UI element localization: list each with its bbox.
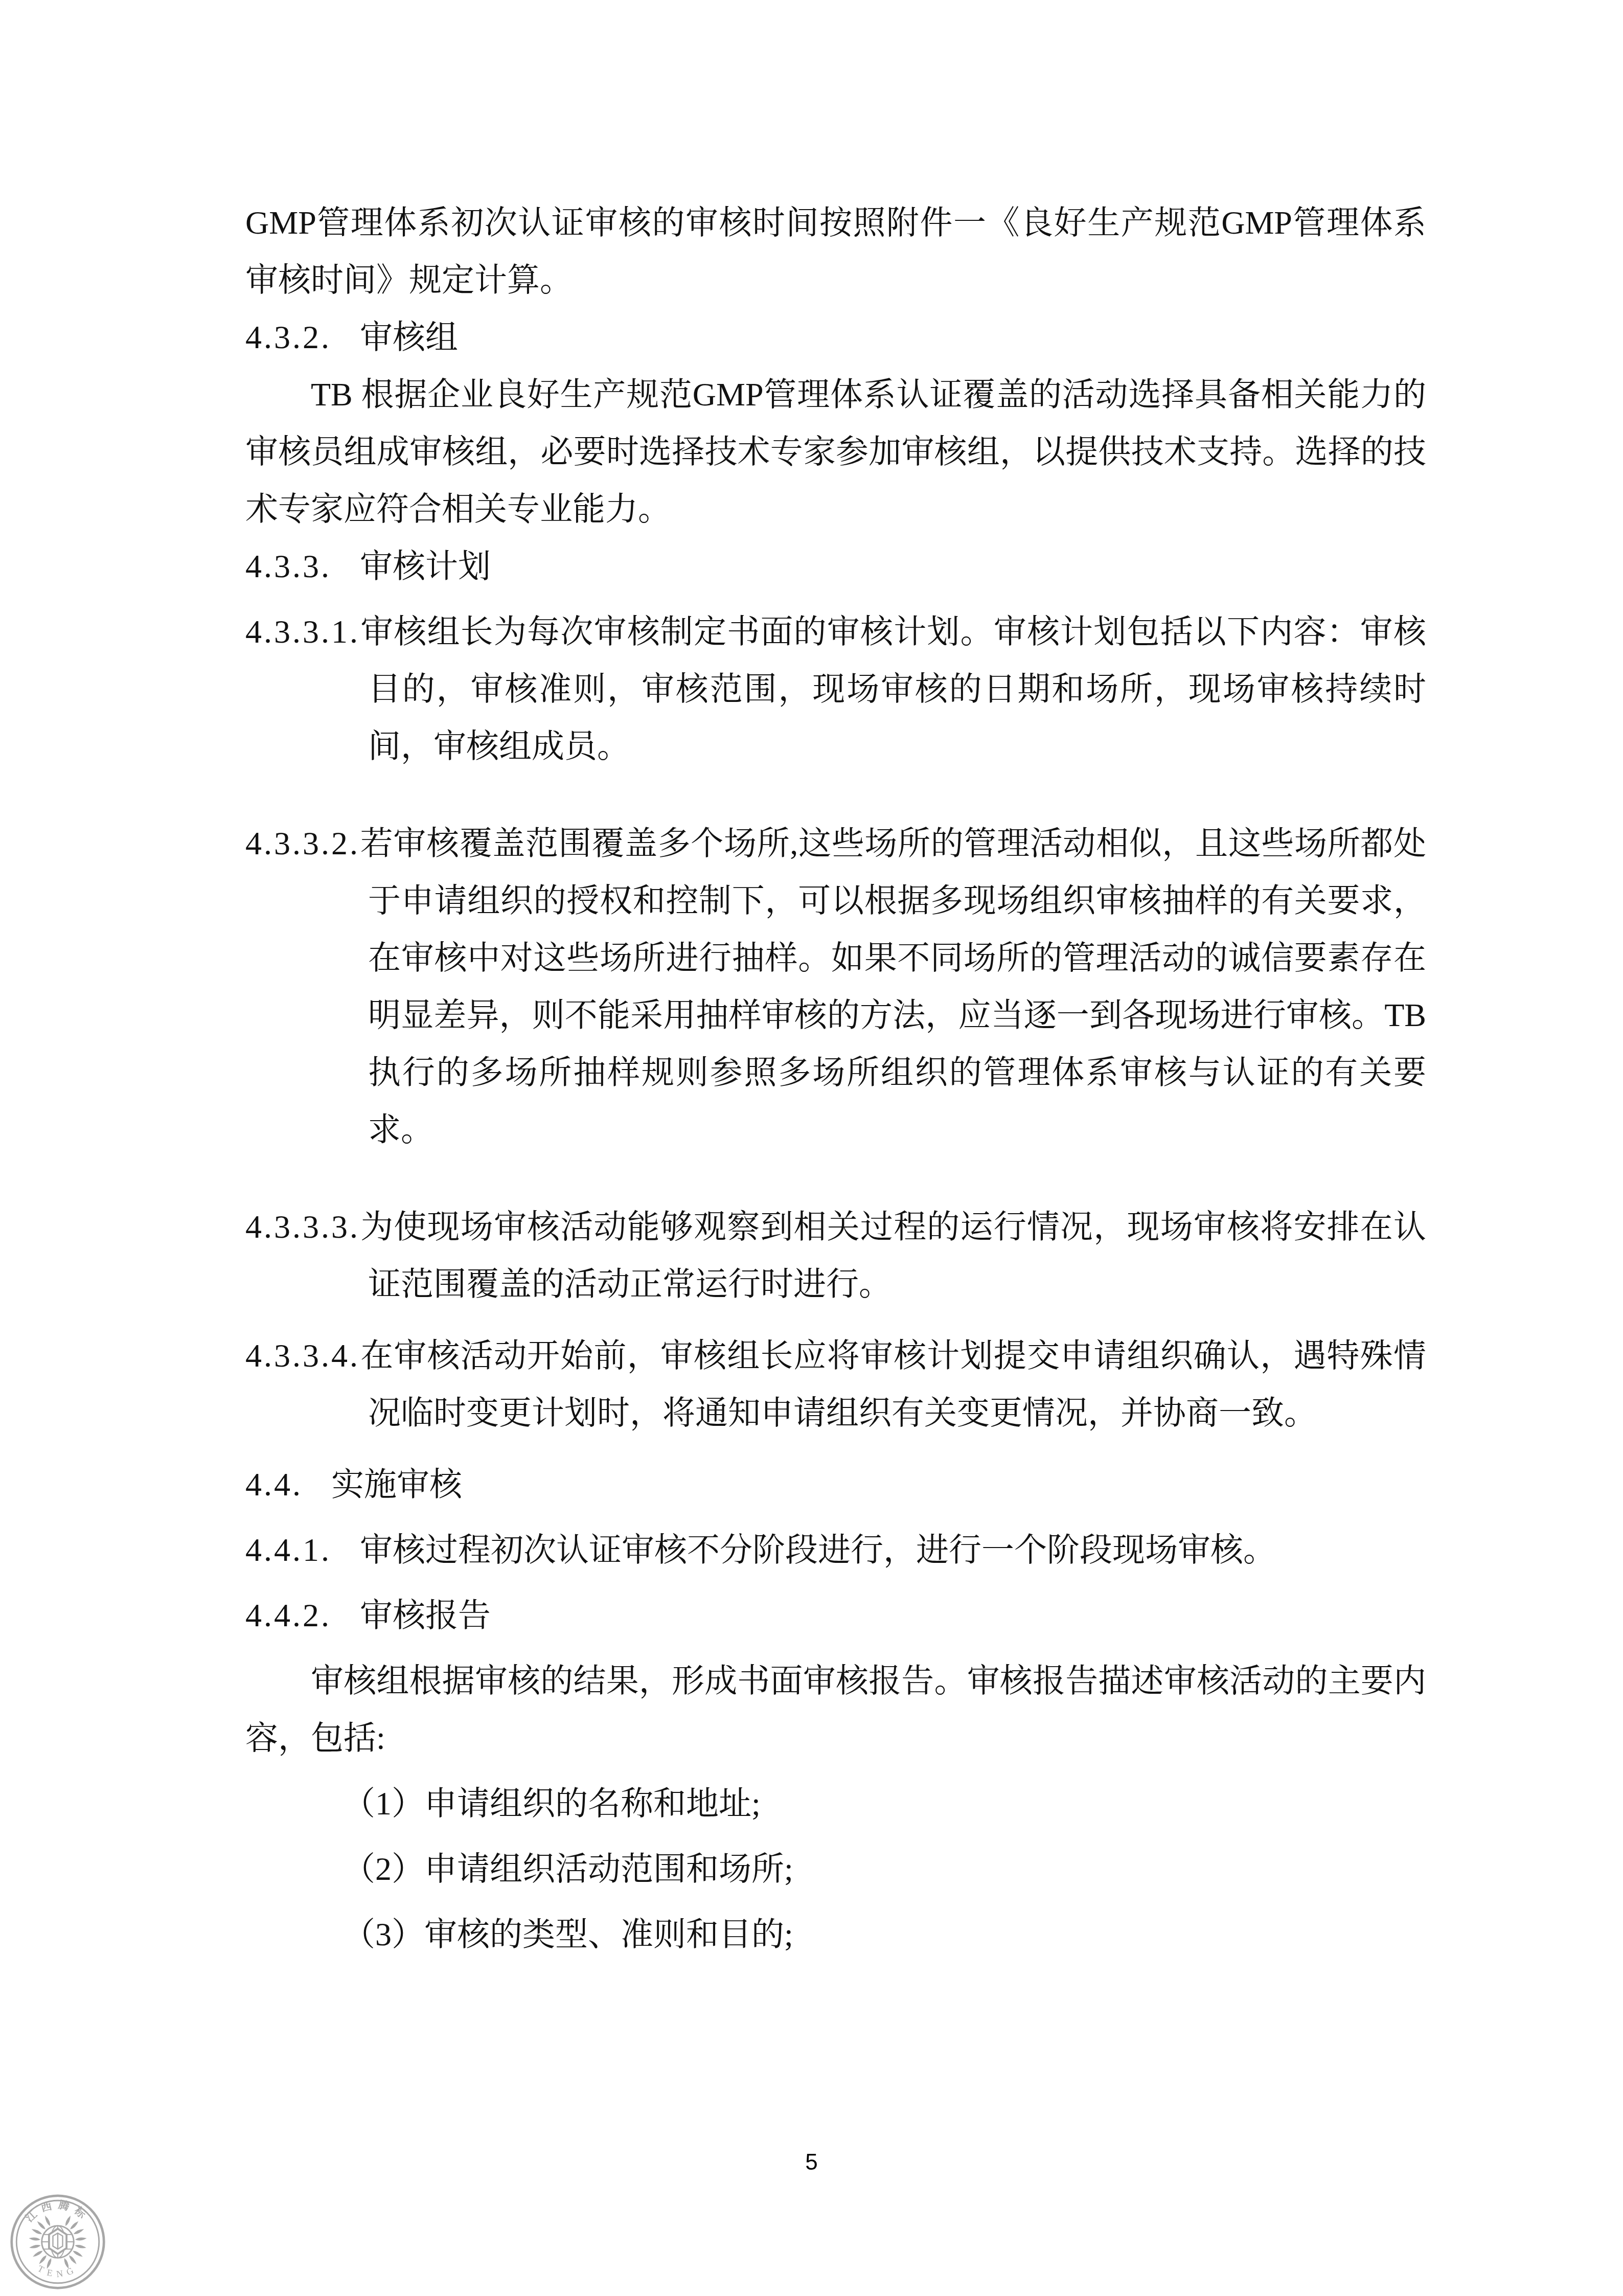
hexagon-emblem-icon [49,2229,66,2254]
clause-title: 审核报告 [360,1597,491,1633]
clause-text: 审核组长为每次审核制定书面的审核计划。审核计划包括以下内容：审核目的，审核准则，… [360,613,1426,764]
clause-number: 4.3.3.2. [245,825,360,861]
paragraph: 4.3.3.3.为使现场审核活动能够观察到相关过程的运行情况，现场审核将安排在认… [245,1198,1426,1313]
clause-heading: 4.4.实施审核 [245,1456,1426,1513]
seal-bottom-text-arc: TENG [36,2263,80,2279]
clause-number: 4.4. [245,1466,303,1503]
clause-number: 4.3.3.4. [245,1337,360,1374]
clause-title: 审核过程初次认证审核不分阶段进行，进行一个阶段现场审核。 [360,1532,1276,1568]
paragraph: 4.3.3.4.在审核活动开始前，审核组长应将审核计划提交申请组织确认，遇特殊情… [245,1327,1426,1442]
clause-text: 为使现场审核活动能够观察到相关过程的运行情况，现场审核将安排在认证范围覆盖的活动… [360,1209,1426,1302]
clause-number: 4.3.3.3. [245,1209,360,1245]
paragraph: 审核组根据审核的结果，形成书面审核报告。审核报告描述审核活动的主要内容，包括: [245,1652,1426,1767]
clause-heading: 4.3.3.审核计划 [245,538,1426,595]
paragraph: （1）申请组织的名称和地址; [245,1775,1426,1832]
clause-title: 审核组 [360,319,458,355]
clause-text: 若审核覆盖范围覆盖多个场所,这些场所的管理活动相似，且这些场所都处于申请组织的授… [360,825,1426,1148]
paragraph: （3）审核的类型、准则和目的; [245,1906,1426,1963]
clause-number: 4.3.2. [245,319,331,355]
paragraph: 4.3.3.1.审核组长为每次审核制定书面的审核计划。审核计划包括以下内容：审核… [245,603,1426,775]
paragraph: GMP管理体系初次认证审核的审核时间按照附件一《良好生产规范GMP管理体系审核时… [245,194,1426,309]
clause-heading: 4.3.2.审核组 [245,309,1426,366]
clause-number: 4.3.3. [245,548,331,584]
clause-number: 4.4.2. [245,1597,331,1633]
paragraph: TB 根据企业良好生产规范GMP管理体系认证覆盖的活动选择具备相关能力的审核员组… [245,366,1426,538]
clause-number: 4.3.3.1. [245,613,360,650]
clause-text: 在审核活动开始前，审核组长应将审核计划提交申请组织确认，遇特殊情况临时变更计划时… [360,1337,1426,1431]
clause-heading: 4.4.2.审核报告 [245,1587,1426,1644]
seal-bottom-text: TENG [36,2263,80,2279]
paragraph: 4.3.3.2.若审核覆盖范围覆盖多个场所,这些场所的管理活动相似，且这些场所都… [245,815,1426,1158]
document-page: GMP管理体系初次认证审核的审核时间按照附件一《良好生产规范GMP管理体系审核时… [0,0,1623,2296]
clause-title: 实施审核 [331,1466,462,1503]
clause-title: 审核计划 [360,548,491,584]
clause-number: 4.4.1. [245,1532,331,1568]
clause-heading: 4.4.1.审核过程初次认证审核不分阶段进行，进行一个阶段现场审核。 [245,1521,1426,1579]
footer-page-number: 5 [0,2150,1623,2175]
certification-seal: 江西腾标 TENG [9,2193,106,2290]
paragraph: （2）申请组织活动范围和场所; [245,1840,1426,1898]
document-body: GMP管理体系初次认证审核的审核时间按照附件一《良好生产规范GMP管理体系审核时… [245,194,1426,1963]
